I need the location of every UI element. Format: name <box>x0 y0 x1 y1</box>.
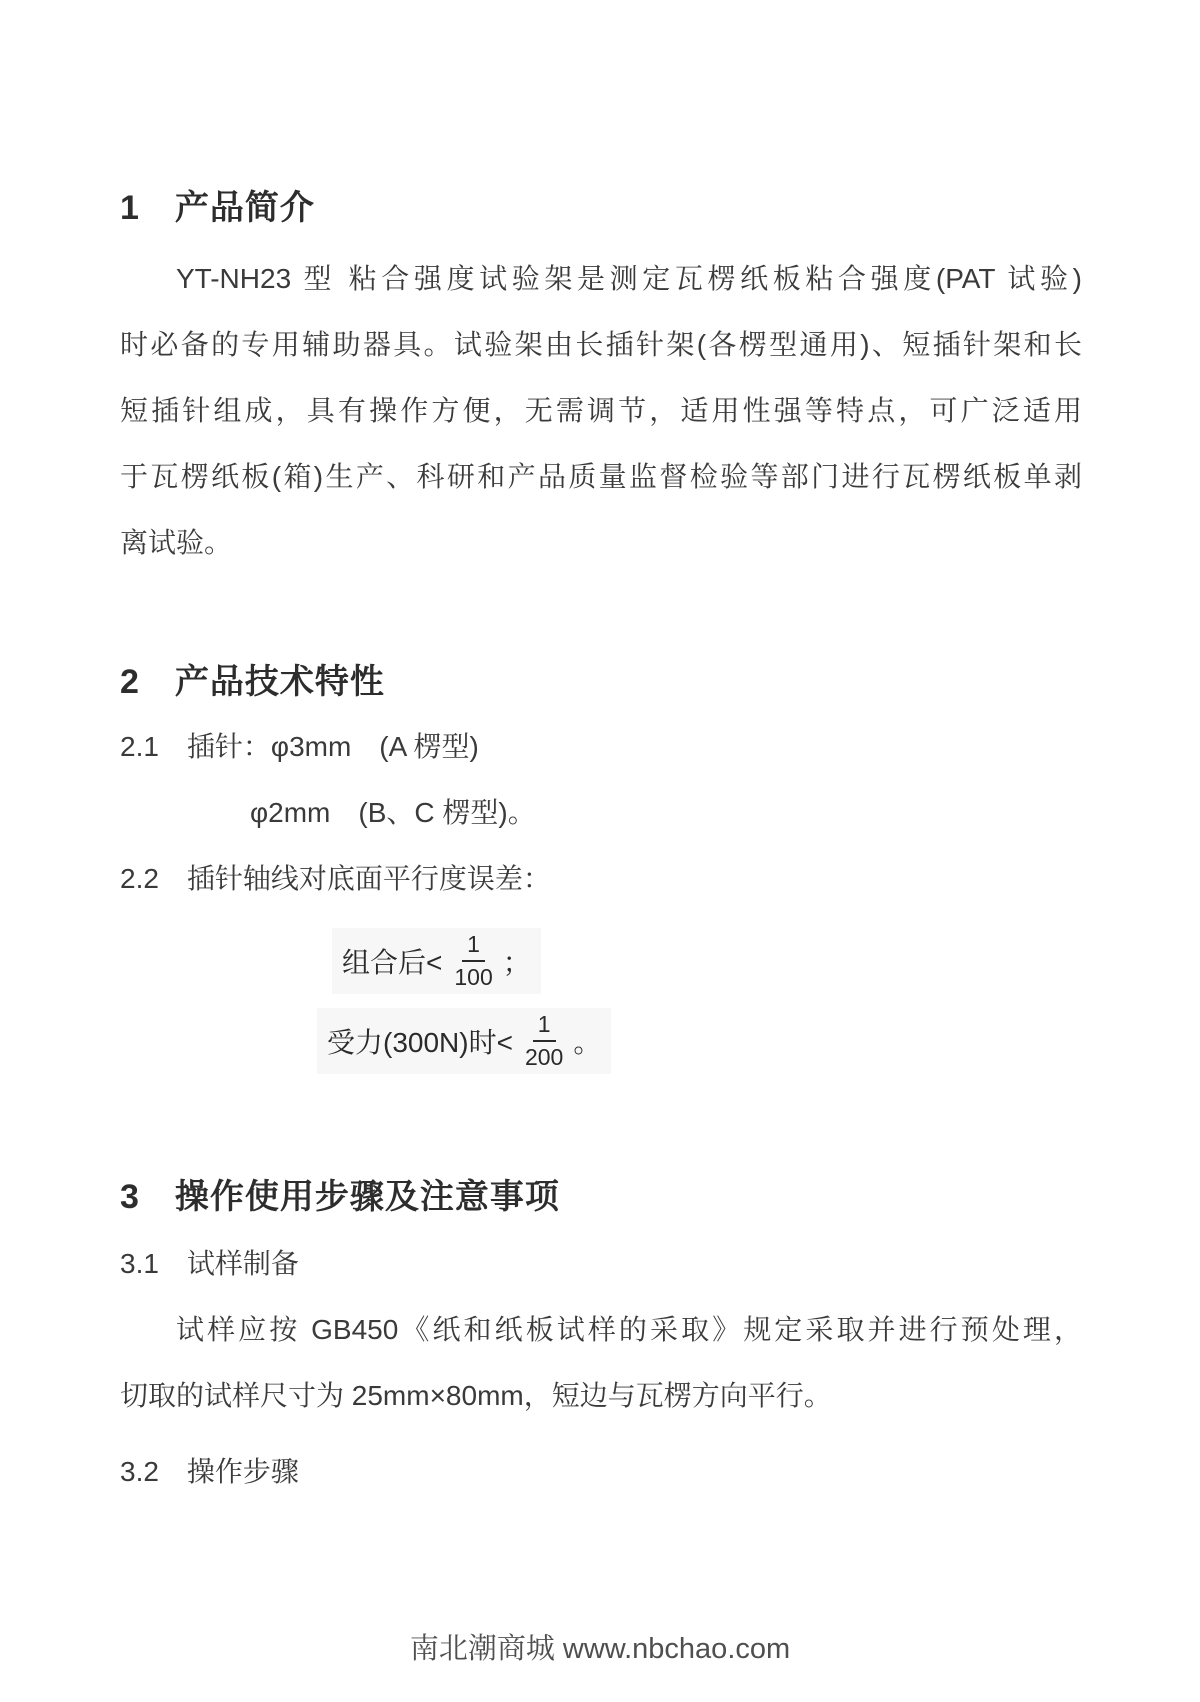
fraction-1-100: 1100 <box>454 931 492 991</box>
footer-text: 南北潮商城 www.nbchao.com <box>0 1632 1200 1666</box>
paragraph-line: 于瓦楞纸板(箱)生产、科研和产品质量监督检验等部门进行瓦楞纸板单剥 <box>120 444 1082 510</box>
section-2-heading: 2 产品技术特性 <box>120 660 1082 704</box>
formula-row-combined: 组合后<1100； <box>332 928 1082 994</box>
sample-preparation-paragraph: 试样应按 GB450《纸和纸板试样的采取》规定采取并进行预处理，切取的试样尺寸为… <box>120 1297 1082 1429</box>
spec-items: 2.1 插针：φ3mm (A 楞型) φ2mm (B、C 楞型)。 2.2 插针… <box>120 714 1082 912</box>
paragraph-line: 切取的试样尺寸为 25mm×80mm，短边与瓦楞方向平行。 <box>120 1363 1082 1429</box>
paragraph-line: YT-NH23 型 粘合强度试验架是测定瓦楞纸板粘合强度(PAT 试验) <box>120 246 1082 312</box>
paragraph-line: 短插针组成，具有操作方便，无需调节，适用性强等特点，可广泛适用 <box>120 378 1082 444</box>
formula-row-loaded: 受力(300N)时<1200。 <box>317 1008 1082 1074</box>
fraction-numerator: 1 <box>462 931 485 962</box>
item-3-2: 3.2 操作步骤 <box>120 1439 1082 1505</box>
item-3-1: 3.1 试样制备 <box>120 1231 1082 1297</box>
fraction-numerator: 1 <box>533 1011 556 1042</box>
section-3-heading: 3 操作使用步骤及注意事项 <box>120 1175 1082 1219</box>
fraction-denominator: 200 <box>525 1042 563 1071</box>
paragraph-line: 离试验。 <box>120 510 1082 576</box>
spec-item-2-2: 2.2 插针轴线对底面平行度误差： <box>120 846 1082 912</box>
fraction-1-200: 1200 <box>525 1011 563 1071</box>
formula-combined: 组合后<1100； <box>332 928 541 994</box>
formula-combined-suffix: ； <box>503 941 531 981</box>
paragraph-line: 时必备的专用辅助器具。试验架由长插针架(各楞型通用)、短插针架和长 <box>120 312 1082 378</box>
parallelism-formulas: 组合后<1100； 受力(300N)时<1200。 <box>120 928 1082 1074</box>
intro-paragraph: YT-NH23 型 粘合强度试验架是测定瓦楞纸板粘合强度(PAT 试验)时必备的… <box>120 246 1082 576</box>
operation-items: 3.1 试样制备 <box>120 1231 1082 1297</box>
paragraph-line: 试样应按 GB450《纸和纸板试样的采取》规定采取并进行预处理， <box>120 1297 1082 1363</box>
formula-combined-prefix: 组合后< <box>342 941 442 981</box>
document-page: 1 产品简介 YT-NH23 型 粘合强度试验架是测定瓦楞纸板粘合强度(PAT … <box>0 0 1200 1702</box>
spec-item-2-1-continued: φ2mm (B、C 楞型)。 <box>120 780 1082 846</box>
formula-loaded-suffix: 。 <box>573 1021 601 1061</box>
formula-loaded: 受力(300N)时<1200。 <box>317 1008 611 1074</box>
fraction-denominator: 100 <box>454 962 492 991</box>
section-1-heading: 1 产品简介 <box>120 186 1082 230</box>
formula-loaded-prefix: 受力(300N)时< <box>327 1021 513 1061</box>
document-content: 1 产品简介 YT-NH23 型 粘合强度试验架是测定瓦楞纸板粘合强度(PAT … <box>0 0 1200 1505</box>
operation-items-2: 3.2 操作步骤 <box>120 1439 1082 1505</box>
spec-item-2-1: 2.1 插针：φ3mm (A 楞型) <box>120 714 1082 780</box>
